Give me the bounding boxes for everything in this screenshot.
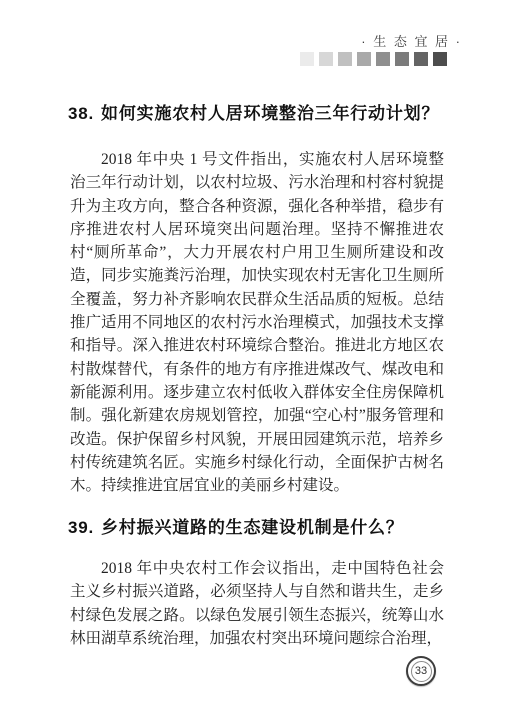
question-39-number: 39.	[68, 518, 94, 537]
question-39-title: 乡村振兴道路的生态建设机制是什么？	[101, 518, 404, 537]
gradient-square-4	[357, 52, 371, 66]
gradient-square-6	[395, 52, 409, 66]
question-38-heading: 38.如何实施农村人居环境整治三年行动计划？	[68, 99, 457, 124]
book-page: · 生 态 宜 居 · 38.如何实施农村人居环境整治三年行动计划？ 2018 …	[0, 0, 512, 724]
gradient-square-1	[300, 52, 314, 66]
question-38-answer: 2018 年中央 1 号文件指出，实施农村人居环境整治三年行动计划，以农村垃圾、…	[70, 148, 444, 497]
question-39-answer: 2018 年中央农村工作会议指出，走中国特色社会主义乡村振兴道路，必须坚持人与自…	[70, 557, 444, 650]
gradient-square-7	[414, 52, 428, 66]
question-39-heading: 39.乡村振兴道路的生态建设机制是什么？	[68, 513, 457, 538]
question-38-title: 如何实施农村人居环境整治三年行动计划？	[101, 104, 439, 123]
page-number-badge: 33	[406, 656, 436, 686]
gradient-square-2	[319, 52, 333, 66]
gradient-bar	[300, 52, 447, 66]
page-number-inner-ring: 33	[411, 661, 432, 682]
page-number: 33	[415, 665, 427, 677]
gradient-square-3	[338, 52, 352, 66]
section-header-label: · 生 态 宜 居 ·	[361, 31, 462, 50]
question-38-number: 38.	[68, 104, 94, 123]
gradient-square-8	[433, 52, 447, 66]
gradient-square-5	[376, 52, 390, 66]
